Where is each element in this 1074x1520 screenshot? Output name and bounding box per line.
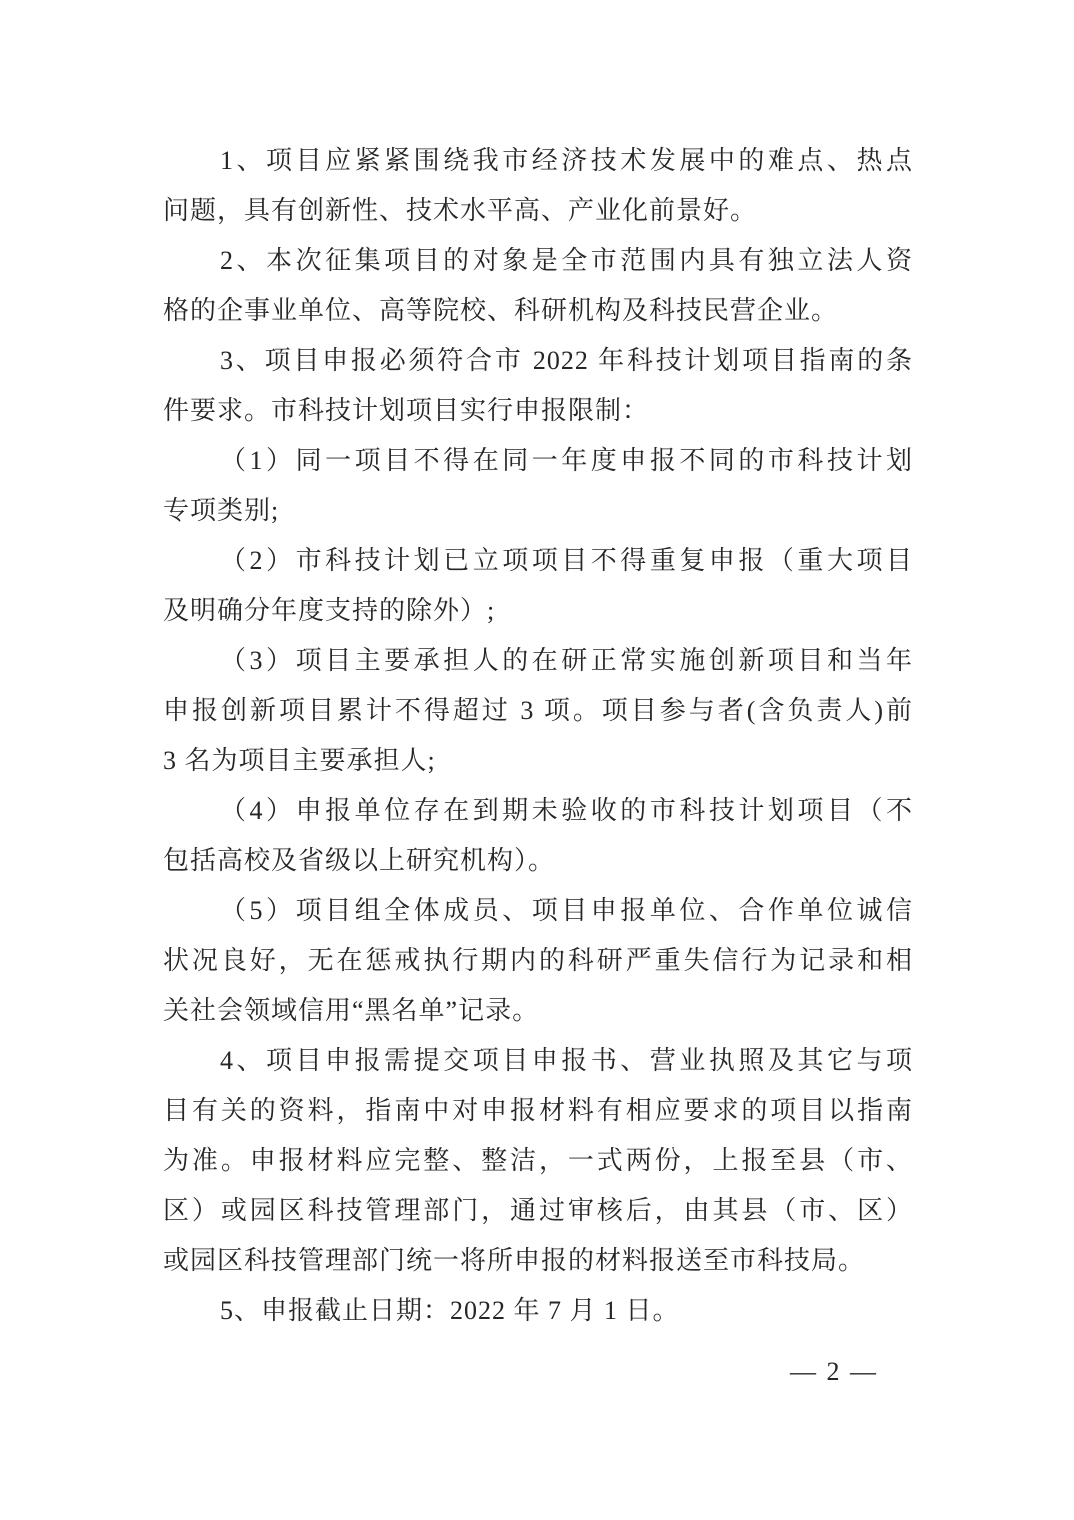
document-line: 目有关的资料，指南中对申报材料有相应要求的项目以指南 <box>163 1086 913 1136</box>
paragraph-5: （2）市科技计划已立项项目不得重复申报（重大项目 及明确分年度支持的除外）; <box>163 536 913 636</box>
paragraph-1: 1、项目应紧紧围绕我市经济技术发展中的难点、热点 问题，具有创新性、技术水平高、… <box>163 136 913 236</box>
paragraph-8: （5）项目组全体成员、项目申报单位、合作单位诚信 状况良好，无在惩戒执行期内的科… <box>163 886 913 1036</box>
document-page: 1、项目应紧紧围绕我市经济技术发展中的难点、热点 问题，具有创新性、技术水平高、… <box>0 0 1074 1520</box>
document-line: 5、申报截止日期：2022 年 7 月 1 日。 <box>163 1286 913 1336</box>
document-line: 及明确分年度支持的除外）; <box>163 586 913 636</box>
document-line: 为准。申报材料应完整、整洁，一式两份，上报至县（市、 <box>163 1136 913 1186</box>
document-line: 问题，具有创新性、技术水平高、产业化前景好。 <box>163 186 913 236</box>
paragraph-7: （4）申报单位存在到期未验收的市科技计划项目（不 包括高校及省级以上研究机构）。 <box>163 786 913 886</box>
page-number: — 2 — <box>790 1352 910 1392</box>
paragraph-3: 3、项目申报必须符合市 2022 年科技计划项目指南的条 件要求。市科技计划项目… <box>163 336 913 436</box>
document-line: 或园区科技管理部门统一将所申报的材料报送至市科技局。 <box>163 1236 913 1286</box>
document-line: （5）项目组全体成员、项目申报单位、合作单位诚信 <box>163 886 913 936</box>
document-body: 1、项目应紧紧围绕我市经济技术发展中的难点、热点 问题，具有创新性、技术水平高、… <box>163 136 913 1336</box>
document-line: 1、项目应紧紧围绕我市经济技术发展中的难点、热点 <box>163 136 913 186</box>
paragraph-9: 4、项目申报需提交项目申报书、营业执照及其它与项 目有关的资料，指南中对申报材料… <box>163 1036 913 1286</box>
paragraph-10: 5、申报截止日期：2022 年 7 月 1 日。 <box>163 1286 913 1336</box>
document-line: 专项类别; <box>163 486 913 536</box>
paragraph-2: 2、本次征集项目的对象是全市范围内具有独立法人资 格的企事业单位、高等院校、科研… <box>163 236 913 336</box>
document-line: （3）项目主要承担人的在研正常实施创新项目和当年 <box>163 636 913 686</box>
paragraph-4: （1）同一项目不得在同一年度申报不同的市科技计划 专项类别; <box>163 436 913 536</box>
document-line: 申报创新项目累计不得超过 3 项。项目参与者(含负责人)前 <box>163 686 913 736</box>
document-line: 关社会领域信用“黑名单”记录。 <box>163 986 913 1036</box>
document-line: （1）同一项目不得在同一年度申报不同的市科技计划 <box>163 436 913 486</box>
document-line: 2、本次征集项目的对象是全市范围内具有独立法人资 <box>163 236 913 286</box>
document-line: 区）或园区科技管理部门，通过审核后，由其县（市、区） <box>163 1186 913 1236</box>
document-line: 包括高校及省级以上研究机构）。 <box>163 836 913 886</box>
document-line: 3 名为项目主要承担人; <box>163 736 913 786</box>
document-line: 3、项目申报必须符合市 2022 年科技计划项目指南的条 <box>163 336 913 386</box>
paragraph-6: （3）项目主要承担人的在研正常实施创新项目和当年 申报创新项目累计不得超过 3 … <box>163 636 913 786</box>
document-line: （2）市科技计划已立项项目不得重复申报（重大项目 <box>163 536 913 586</box>
document-line: 状况良好，无在惩戒执行期内的科研严重失信行为记录和相 <box>163 936 913 986</box>
document-line: 格的企事业单位、高等院校、科研机构及科技民营企业。 <box>163 286 913 336</box>
document-line: （4）申报单位存在到期未验收的市科技计划项目（不 <box>163 786 913 836</box>
document-line: 4、项目申报需提交项目申报书、营业执照及其它与项 <box>163 1036 913 1086</box>
document-line: 件要求。市科技计划项目实行申报限制： <box>163 386 913 436</box>
